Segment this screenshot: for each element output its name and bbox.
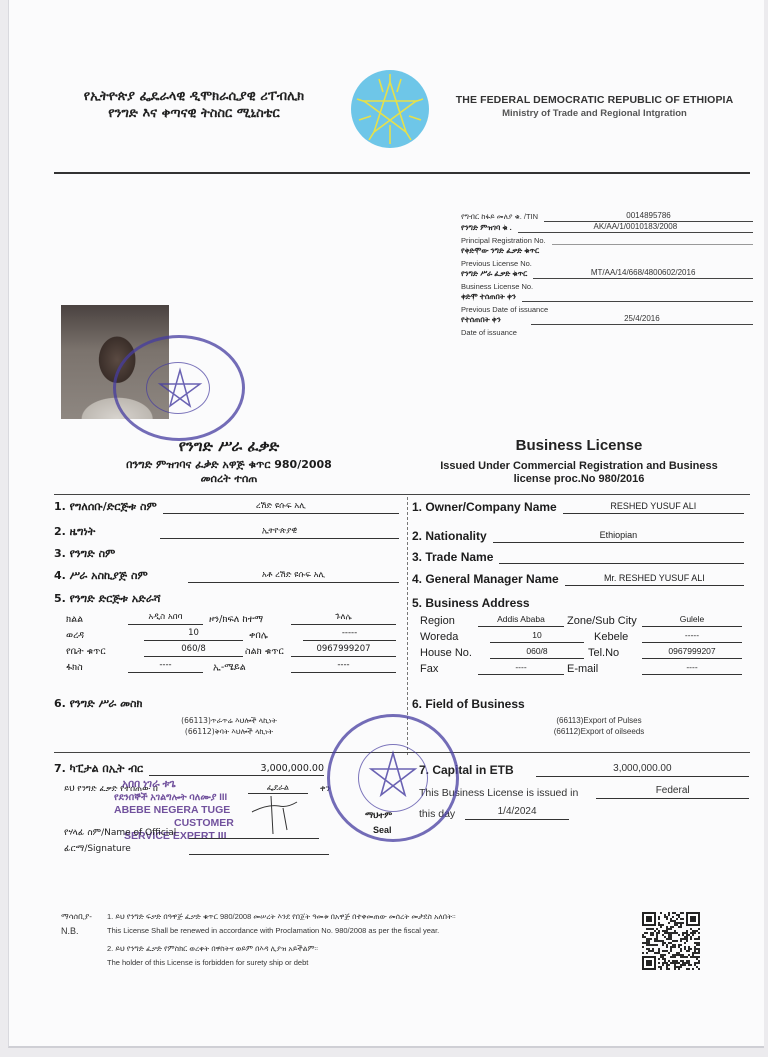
note1-en: This License Shall be renewed in accorda… <box>107 926 439 936</box>
en-capital-row: 7. Capital in ETB 3,000,000.00 <box>419 763 749 777</box>
am-field-item: (66113)ጥራጥሬ እህሎች ላኪነት <box>129 715 329 726</box>
issue-date-label-en: Date of issuance <box>461 328 517 337</box>
en-field-row: 6. Field of Business <box>412 697 744 711</box>
am-address-row: 5. የንግድ ድርጅቱ አድራሻ <box>54 592 399 606</box>
en-fax-value: ---- <box>478 662 564 675</box>
en-email-label: E-mail <box>564 663 642 675</box>
signature-label: ፊርማ/Signature <box>64 844 131 854</box>
en-tel-label: Tel.No <box>564 647 642 659</box>
en-address-row: 5. Business Address <box>412 596 744 610</box>
en-issued-in-value: Federal <box>596 785 749 799</box>
section-divider <box>54 494 750 495</box>
am-trade-name-label: 3. የንግድ ስም <box>54 547 115 561</box>
title-english: Business License Issued Under Commercial… <box>409 437 749 485</box>
am-owner-label: 1. የግለሰቡ/ድርጅቱ ስም <box>54 500 157 514</box>
business-license-value: MT/AA/14/668/4800602/2016 <box>533 268 753 279</box>
en-owner-label: 1. Owner/Company Name <box>412 500 557 514</box>
ethiopian-emblem-icon <box>351 70 429 148</box>
business-license-label-am: የንግድ ሥራ ፈቃድ ቁጥር <box>461 269 527 279</box>
note2-am: 2. ይህ የንግድ ፈቃድ የምስክር ወረቀት በዋስትና ወይም በእዳ … <box>107 944 318 954</box>
am-region-value: አዲስ አበባ <box>128 612 203 625</box>
en-trade-name-value <box>499 551 744 564</box>
principal-reg-label-am: የንግድ ምዝገባ ቁ . <box>461 223 512 233</box>
qr-code-icon <box>642 912 700 970</box>
title-amharic: የንግድ ሥራ ፈቃድ በንግድ ምዝገባና ፈቃድ አዋጅ ቁጥር 980/2… <box>54 437 404 486</box>
am-zone-value: ጉለሌ <box>291 612 396 625</box>
principal-reg-value: AK/AA/1/0010183/2008 <box>518 222 753 233</box>
business-license-label-en: Business License No. <box>461 282 533 291</box>
issuing-seal-stamp-icon <box>327 714 459 842</box>
title-am-sub1: በንግድ ምዝገባና ፈቃድ አዋጅ ቁጥር 980/2008 <box>54 458 404 472</box>
principal-reg-en-row: Principal Registration No. <box>461 233 753 245</box>
en-field-label: 6. Field of Business <box>412 697 525 711</box>
previous-license-en-row: Previous License No. <box>461 256 753 268</box>
am-address-grid: ክልል አዲስ አበባ ዞን/ክፍለ ከተማ ጉለሌ ወረዳ 10 ቀበሌ --… <box>66 612 396 673</box>
en-day-value: 1/4/2024 <box>465 806 569 820</box>
am-house-label: የቤት ቁጥር <box>66 646 128 657</box>
am-manager-label: 4. ሥራ አስኪያጅ ስም <box>54 569 182 583</box>
header-divider <box>54 172 750 174</box>
tin-value: 0014895786 <box>544 211 753 222</box>
am-owner-value: ረሽድ ዩሱፍ አሊ <box>163 501 399 514</box>
am-field-label: 6. የንግድ ሥራ መስክ <box>54 697 142 711</box>
en-field-list: (66113)Export of Pulses (66112)Export of… <box>509 715 689 737</box>
registration-block: የግብር ከፋይ መለያ ቁ. /TIN 0014895786 የንግድ ምዝገ… <box>461 210 753 337</box>
en-zone-label: Zone/Sub City <box>564 615 642 627</box>
issue-date-value: 25/4/2016 <box>531 314 753 325</box>
am-capital-value: 3,000,000.00 <box>149 763 324 776</box>
am-address-label: 5. የንግድ ድርጅቱ አድራሻ <box>54 592 161 606</box>
am-field-list: (66113)ጥራጥሬ እህሎች ላኪነት (66112)ቅባት እህሎች ላኪ… <box>129 715 329 737</box>
business-license-row: የንግድ ሥራ ፈቃድ ቁጥር MT/AA/14/668/4800602/201… <box>461 268 753 280</box>
am-field-item: (66112)ቅባት እህሎች ላኪነት <box>129 726 329 737</box>
am-email-value: ---- <box>291 660 396 673</box>
en-nationality-label: 2. Nationality <box>412 529 487 543</box>
official-name-en-1: ABEBE NEGERA TUGE <box>104 804 234 817</box>
en-zone-value: Gulele <box>642 614 742 627</box>
header-english-line2: Ministry of Trade and Regional Intgratio… <box>437 108 752 119</box>
header-english-line1: THE FEDERAL DEMOCRATIC REPUBLIC OF ETHIO… <box>437 94 752 106</box>
en-woreda-label: Woreda <box>420 631 478 643</box>
previous-date-label-en: Previous Date of issuance <box>461 305 548 314</box>
business-license-en-row: Business License No. <box>461 279 753 291</box>
issue-date-row: የተሰጠበት ቀን 25/4/2016 <box>461 314 753 326</box>
en-region-label: Region <box>420 615 478 627</box>
previous-date-value <box>522 291 753 302</box>
previous-date-row: ቀድሞ ተሰጠበት ቀን <box>461 291 753 303</box>
en-manager-row: 4. General Manager Name Mr. RESHED YUSUF… <box>412 572 744 586</box>
title-en-main: Business License <box>409 437 749 454</box>
notes-label-en: N.B. <box>61 926 101 936</box>
en-tel-value: 0967999207 <box>642 646 742 659</box>
principal-reg-underline <box>552 234 753 245</box>
previous-date-label-am: ቀድሞ ተሰጠበት ቀን <box>461 292 516 302</box>
notes-label-am: ማሳሰቢያ- <box>61 912 101 922</box>
en-capital-value: 3,000,000.00 <box>536 763 749 777</box>
principal-reg-label-en: Principal Registration No. <box>461 236 546 245</box>
am-woreda-label: ወረዳ <box>66 630 128 641</box>
header-amharic-line2: የንግድ እና ቀጣናዊ ትስስር ሚኒስቴር <box>79 105 309 122</box>
official-name-line <box>189 838 319 839</box>
am-owner-row: 1. የግለሰቡ/ድርጅቱ ስም ረሽድ ዩሱፍ አሊ <box>54 500 399 514</box>
en-address-grid: Region Addis Ababa Zone/Sub City Gulele … <box>420 614 742 675</box>
am-fax-label: ፋክስ <box>66 662 128 673</box>
business-license-document: የኢትዮጵያ ፌዴራላዊ ዲሞክራሲያዊ ሪፐብሊክ የንግድ እና ቀጣናዊ … <box>8 0 764 1048</box>
previous-license-label-am: የቀድሞው ንግድ ፈቃድ ቁጥር <box>461 246 539 256</box>
am-nationality-value: ኢትዮጵያዊ <box>160 526 399 539</box>
en-region-value: Addis Ababa <box>478 614 564 627</box>
am-zone-label: ዞን/ክፍለ ከተማ <box>203 614 291 625</box>
en-owner-row: 1. Owner/Company Name RESHED YUSUF ALI <box>412 500 744 514</box>
title-en-sub1: Issued Under Commercial Registration and… <box>409 460 749 472</box>
note1-am: 1. ይህ የንግድ ፍቃድ በዓዋጅ ፈቃድ ቁጥር 980/2008 መሠረ… <box>107 912 456 922</box>
en-owner-value: RESHED YUSUF ALI <box>563 501 744 514</box>
am-tel-value: 0967999207 <box>291 644 396 657</box>
am-field-row: 6. የንግድ ሥራ መስክ <box>54 697 399 711</box>
issue-date-label-am: የተሰጠበት ቀን <box>461 315 501 325</box>
en-address-label: 5. Business Address <box>412 596 530 610</box>
en-manager-value: Mr. RESHED YUSUF ALI <box>565 573 744 586</box>
title-am-sub2: መሰረት ተሰጠ <box>54 472 404 486</box>
am-region-label: ክልል <box>66 614 128 625</box>
official-name-am-1: አበበ ነገራ ቱጌ <box>104 778 234 791</box>
am-email-label: ኢ-ሜይል <box>203 662 291 673</box>
previous-license-row: የቀድሞው ንግድ ፈቃድ ቁጥር <box>461 245 753 257</box>
en-email-value: ---- <box>642 662 742 675</box>
en-nationality-row: 2. Nationality Ethiopian <box>412 529 744 543</box>
am-manager-value: አቶ ረሽድ ዩሱፍ አሊ <box>188 570 399 583</box>
am-nationality-label: 2. ዜግነት <box>54 525 154 539</box>
title-am-main: የንግድ ሥራ ፈቃድ <box>54 437 404 455</box>
am-capital-label: 7. ካፒታል በኢት ብር <box>54 762 143 776</box>
header-amharic-line1: የኢትዮጵያ ፌዴራላዊ ዲሞክራሲያዊ ሪፐብሊክ <box>79 88 309 105</box>
en-field-item: (66112)Export of oilseeds <box>509 726 689 737</box>
header-english: THE FEDERAL DEMOCRATIC REPUBLIC OF ETHIO… <box>437 94 752 119</box>
am-capital-row: 7. ካፒታል በኢት ብር 3,000,000.00 <box>54 762 324 776</box>
en-kebele-value: ----- <box>642 630 742 643</box>
en-fax-label: Fax <box>420 663 478 675</box>
issue-date-en-row: Date of issuance <box>461 325 753 337</box>
am-kebele-label: ቀበሌ <box>203 630 291 641</box>
am-kebele-value: ----- <box>303 628 396 641</box>
previous-license-label-en: Previous License No. <box>461 259 532 268</box>
official-name-label: የሃላፊ ስም/Name of Official <box>64 828 176 838</box>
en-house-label: House No. <box>420 647 478 659</box>
en-trade-name-label: 3. Trade Name <box>412 550 493 564</box>
ministry-seal-stamp-icon <box>113 335 245 441</box>
en-kebele-label: Kebele <box>564 631 642 643</box>
am-trade-name-row: 3. የንግድ ስም <box>54 547 399 561</box>
am-manager-row: 4. ሥራ አስኪያጅ ስም አቶ ረሽድ ዩሱፍ አሊ <box>54 569 399 583</box>
tin-row: የግብር ከፋይ መለያ ቁ. /TIN 0014895786 <box>461 210 753 222</box>
principal-reg-row: የንግድ ምዝገባ ቁ . AK/AA/1/0010183/2008 <box>461 222 753 234</box>
en-nationality-value: Ethiopian <box>493 530 744 543</box>
note2-en: The holder of this License is forbidden … <box>107 958 308 968</box>
handwritten-signature-icon <box>247 790 317 836</box>
official-name-am-2: የደንበኞች አገልግሎት ባለሙያ III <box>104 791 234 804</box>
en-trade-name-row: 3. Trade Name <box>412 550 744 564</box>
am-fax-value: ---- <box>128 660 203 673</box>
am-nationality-row: 2. ዜግነት ኢትዮጵያዊ <box>54 525 399 539</box>
signature-line <box>189 854 329 855</box>
tin-label: የግብር ከፋይ መለያ ቁ. /TIN <box>461 212 538 222</box>
en-manager-label: 4. General Manager Name <box>412 572 559 586</box>
en-issued-in-row: This Business License is issued in Feder… <box>419 785 749 799</box>
title-en-sub2: license proc.No 980/2016 <box>409 473 749 485</box>
en-field-item: (66113)Export of Pulses <box>509 715 689 726</box>
header-amharic: የኢትዮጵያ ፌዴራላዊ ዲሞክራሲያዊ ሪፐብሊክ የንግድ እና ቀጣናዊ … <box>79 88 309 122</box>
am-tel-label: ስልክ ቁጥር <box>203 646 291 657</box>
previous-date-en-row: Previous Date of issuance <box>461 302 753 314</box>
